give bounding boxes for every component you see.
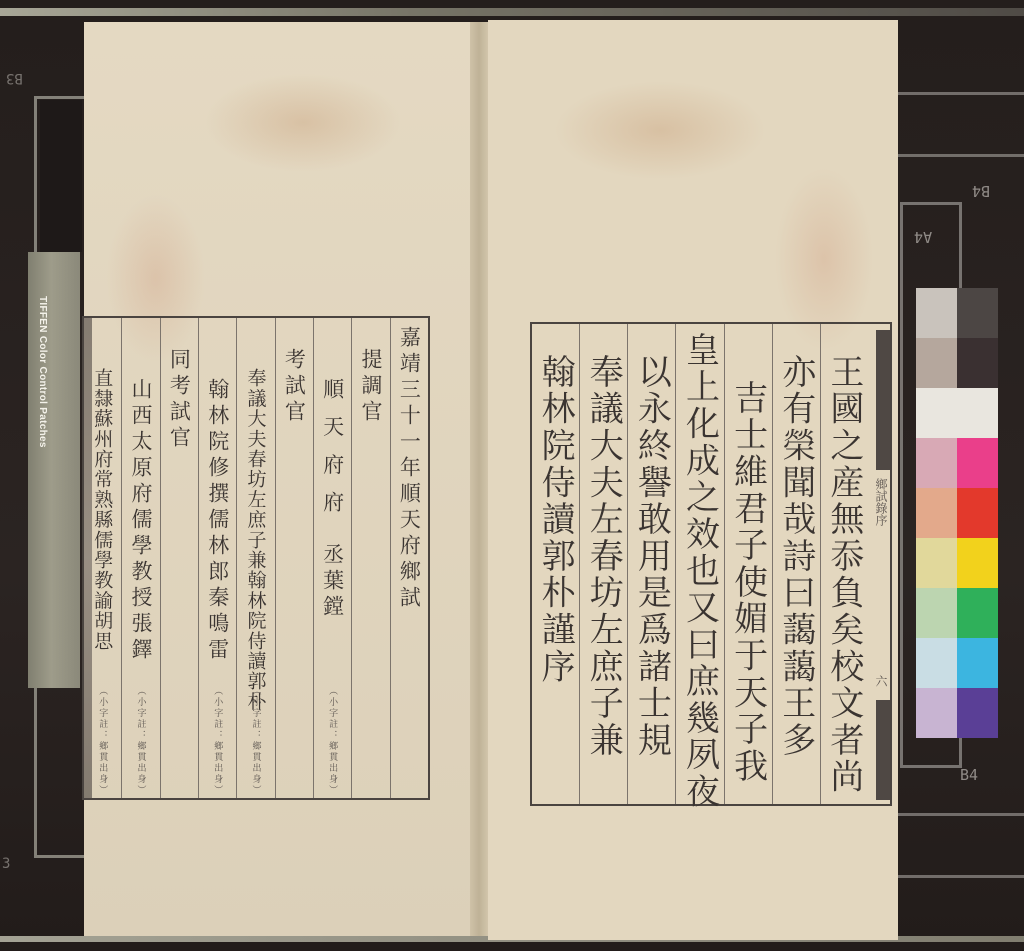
left-target-black-block [40,100,82,252]
color-chart [916,288,998,744]
left-column-heading: 嘉靖三十一年順天府鄉試 [390,318,428,798]
patch-row-white [916,388,998,438]
role-title-examiner: 考試官 [279,348,309,426]
preface-line-elevated: 皇上化成之效也又曰庶幾夙夜 [676,332,725,810]
preface-column: 以永終譽敢用是爲諸士規 [627,324,675,804]
right-text-block: 王國之産無忝負矣校文者尚 亦有榮聞哉詩曰藹藹王多 吉士維君子使媚于天子我 皇上化… [530,322,892,806]
patch-pale-violet [916,688,957,738]
preface-column: 皇上化成之效也又曰庶幾夙夜 [675,324,723,804]
preface-line: 王國之産無忝負矣校文者尚 [820,354,869,796]
exam-title: 嘉靖三十一年順天府鄉試 [394,326,424,612]
role-title-associate-examiner: 同考試官 [164,348,194,452]
banxin-black-mouth-top [876,330,890,470]
patch-row-green [916,588,998,638]
preface-column: 吉士維君子使媚于天子我 [724,324,772,804]
patch-dark-gray [957,288,998,338]
target-label-3: 3 [2,856,10,872]
top-frame-bar [0,8,1024,16]
left-column: 直隸蘇州府常熟縣儒學教諭胡思 （小字註：鄉貫出身） [84,318,121,798]
scan-stage: TIFFEN Color Control Patches B3 3 B4 A4 … [0,0,1024,951]
patch-pale-yellow [916,538,957,588]
patch-light-gray [916,288,957,338]
patch-near-black [957,338,998,388]
official-annotation: （小字註：鄉貫出身） [211,686,224,796]
patch-green [957,588,998,638]
target-line [895,875,1024,878]
patch-row-violet [916,688,998,738]
official-annotation: （小字註：鄉貫出身） [96,686,109,796]
banxin-black-mouth-bottom [876,700,890,800]
official-name: 直隸蘇州府常熟縣儒學教諭胡思 [89,368,116,651]
official-annotation: （小字註：鄉貫出身） [326,686,339,796]
patch-white [916,388,998,438]
right-columns: 王國之産無忝負矣校文者尚 亦有榮聞哉詩曰藹藹王多 吉士維君子使媚于天子我 皇上化… [532,324,868,804]
left-column: 奉議大夫春坊左庶子兼翰林院侍讀郭朴 （小字註：鄉貫出身） [236,318,274,798]
patch-pale-green [916,588,957,638]
patch-violet [957,688,998,738]
preface-column: 翰林院侍讀郭朴謹序 [532,324,579,804]
patch-row-yellow [916,538,998,588]
left-column: 考試官 [275,318,313,798]
left-columns: 嘉靖三十一年順天府鄉試 提調官 順 天 府 府 丞葉鏜 （小字註：鄉貫出身） 考… [84,318,428,798]
patch-red [957,488,998,538]
patch-row-cyan [916,638,998,688]
preface-line: 亦有榮聞哉詩曰藹藹王多 [772,354,821,759]
official-name: 順 天 府 府 丞葉鏜 [318,378,348,621]
patch-row-gray-1 [916,288,998,338]
left-column: 翰林院修撰儒林郎秦鳴雷 （小字註：鄉貫出身） [198,318,236,798]
banxin-margin: 鄉試錄序 六 [872,330,892,800]
tiffen-label: TIFFEN Color Control Patches [32,296,48,516]
patch-pale-magenta [916,438,957,488]
patch-row-gray-2 [916,338,998,388]
official-annotation: （小字註：鄉貫出身） [250,686,263,796]
left-text-block: 嘉靖三十一年順天府鄉試 提調官 順 天 府 府 丞葉鏜 （小字註：鄉貫出身） 考… [82,316,430,800]
left-column: 山西太原府儒學教授張鐸 （小字註：鄉貫出身） [121,318,159,798]
left-column: 順 天 府 府 丞葉鏜 （小字註：鄉貫出身） [313,318,351,798]
patch-yellow [957,538,998,588]
left-column: 同考試官 [160,318,198,798]
preface-column: 王國之産無忝負矣校文者尚 [820,324,868,804]
banxin-page-number: 六 [874,675,890,687]
patch-pale-red [916,488,957,538]
preface-line: 奉議大夫左春坊左庶子兼 [579,354,628,759]
official-name: 山西太原府儒學教授張鐸 [126,378,156,664]
preface-signature: 翰林院侍讀郭朴謹序 [531,354,580,685]
target-label-b3: B3 [6,70,23,86]
target-line [895,154,1024,157]
preface-column: 奉議大夫左春坊左庶子兼 [579,324,627,804]
banxin-title: 鄉試錄序 [874,478,890,526]
official-annotation: （小字註：鄉貫出身） [135,686,148,796]
preface-column: 亦有榮聞哉詩曰藹藹王多 [772,324,820,804]
official-name: 翰林院修撰儒林郎秦鳴雷 [203,378,233,664]
left-column: 提調官 [351,318,389,798]
target-label-b4-top: B4 [972,182,990,200]
target-label-a4: A4 [914,228,932,246]
patch-row-red [916,488,998,538]
target-line [895,92,1024,95]
patch-cyan [957,638,998,688]
target-label-b4-bottom: B4 [960,766,978,784]
preface-line: 吉士維君子使媚于天子我 [724,380,773,785]
role-title-supervisor: 提調官 [356,348,386,426]
book-gutter [470,22,490,936]
patch-magenta [957,438,998,488]
patch-row-magenta [916,438,998,488]
preface-line: 以永終譽敢用是爲諸士規 [627,354,676,759]
official-name: 奉議大夫春坊左庶子兼翰林院侍讀郭朴 [243,368,270,711]
target-line [895,813,1024,816]
patch-pale-cyan [916,638,957,688]
patch-warm-gray [916,338,957,388]
